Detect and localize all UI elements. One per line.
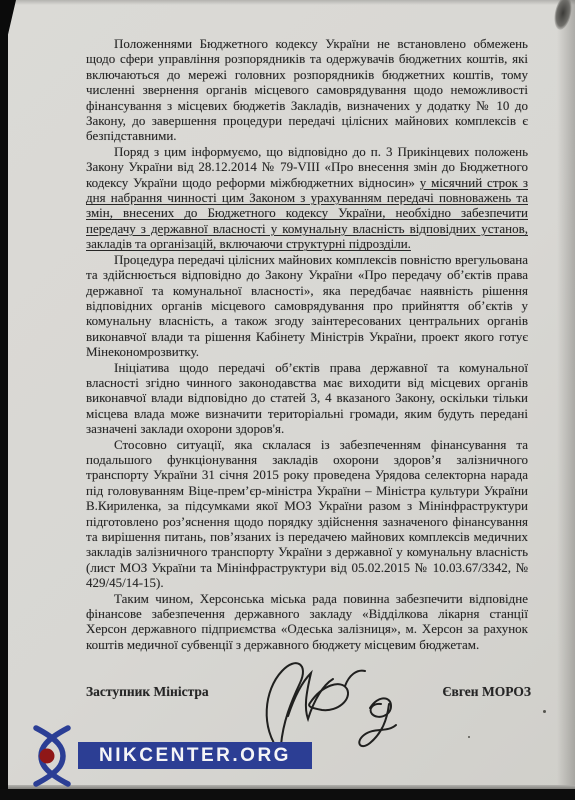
paragraph: Поряд з цим інформуємо, що відповідно до… bbox=[86, 144, 528, 252]
logo-red-dot bbox=[40, 749, 55, 764]
scan-speck bbox=[468, 736, 470, 738]
scanned-document-page: Положеннями Бюджетного кодексу України н… bbox=[0, 0, 575, 800]
paragraph-text: Таким чином, Херсонська міська рада пови… bbox=[86, 591, 528, 652]
paragraph-text: Стосовно ситуації, яка склалася із забез… bbox=[86, 437, 528, 591]
paragraph-text: Положеннями Бюджетного кодексу України н… bbox=[86, 36, 528, 143]
signoff-row: Заступник Міністра Євген МОРОЗ bbox=[86, 684, 531, 700]
scan-corner-top-left bbox=[0, 0, 16, 38]
paragraph: Положеннями Бюджетного кодексу України н… bbox=[86, 36, 528, 144]
paragraph-text: Ініціатива щодо передачі об’єктів права … bbox=[86, 360, 528, 437]
paragraph: Таким чином, Херсонська міська рада пови… bbox=[86, 591, 528, 653]
watermark-banner: NIKCENTER.ORG bbox=[78, 742, 312, 769]
paragraph-text: Процедура передачі цілісних майнових ком… bbox=[86, 252, 528, 359]
signoff-name: Євген МОРОЗ bbox=[442, 684, 531, 700]
scan-edge-left bbox=[0, 0, 8, 800]
scan-speck bbox=[543, 710, 546, 713]
paragraph: Ініціатива щодо передачі об’єктів права … bbox=[86, 360, 528, 437]
watermark-text: NIKCENTER.ORG bbox=[99, 745, 291, 767]
document-body: Положеннями Бюджетного кодексу України н… bbox=[86, 36, 528, 652]
nikcenter-logo-icon bbox=[27, 725, 77, 787]
signoff-title: Заступник Міністра bbox=[86, 684, 209, 700]
scan-edge-bottom bbox=[0, 789, 575, 800]
scan-edge-top bbox=[8, 0, 575, 5]
paragraph: Процедура передачі цілісних майнових ком… bbox=[86, 252, 528, 360]
scan-edge-right-shadow bbox=[557, 0, 575, 785]
paragraph: Стосовно ситуації, яка склалася із забез… bbox=[86, 437, 528, 591]
